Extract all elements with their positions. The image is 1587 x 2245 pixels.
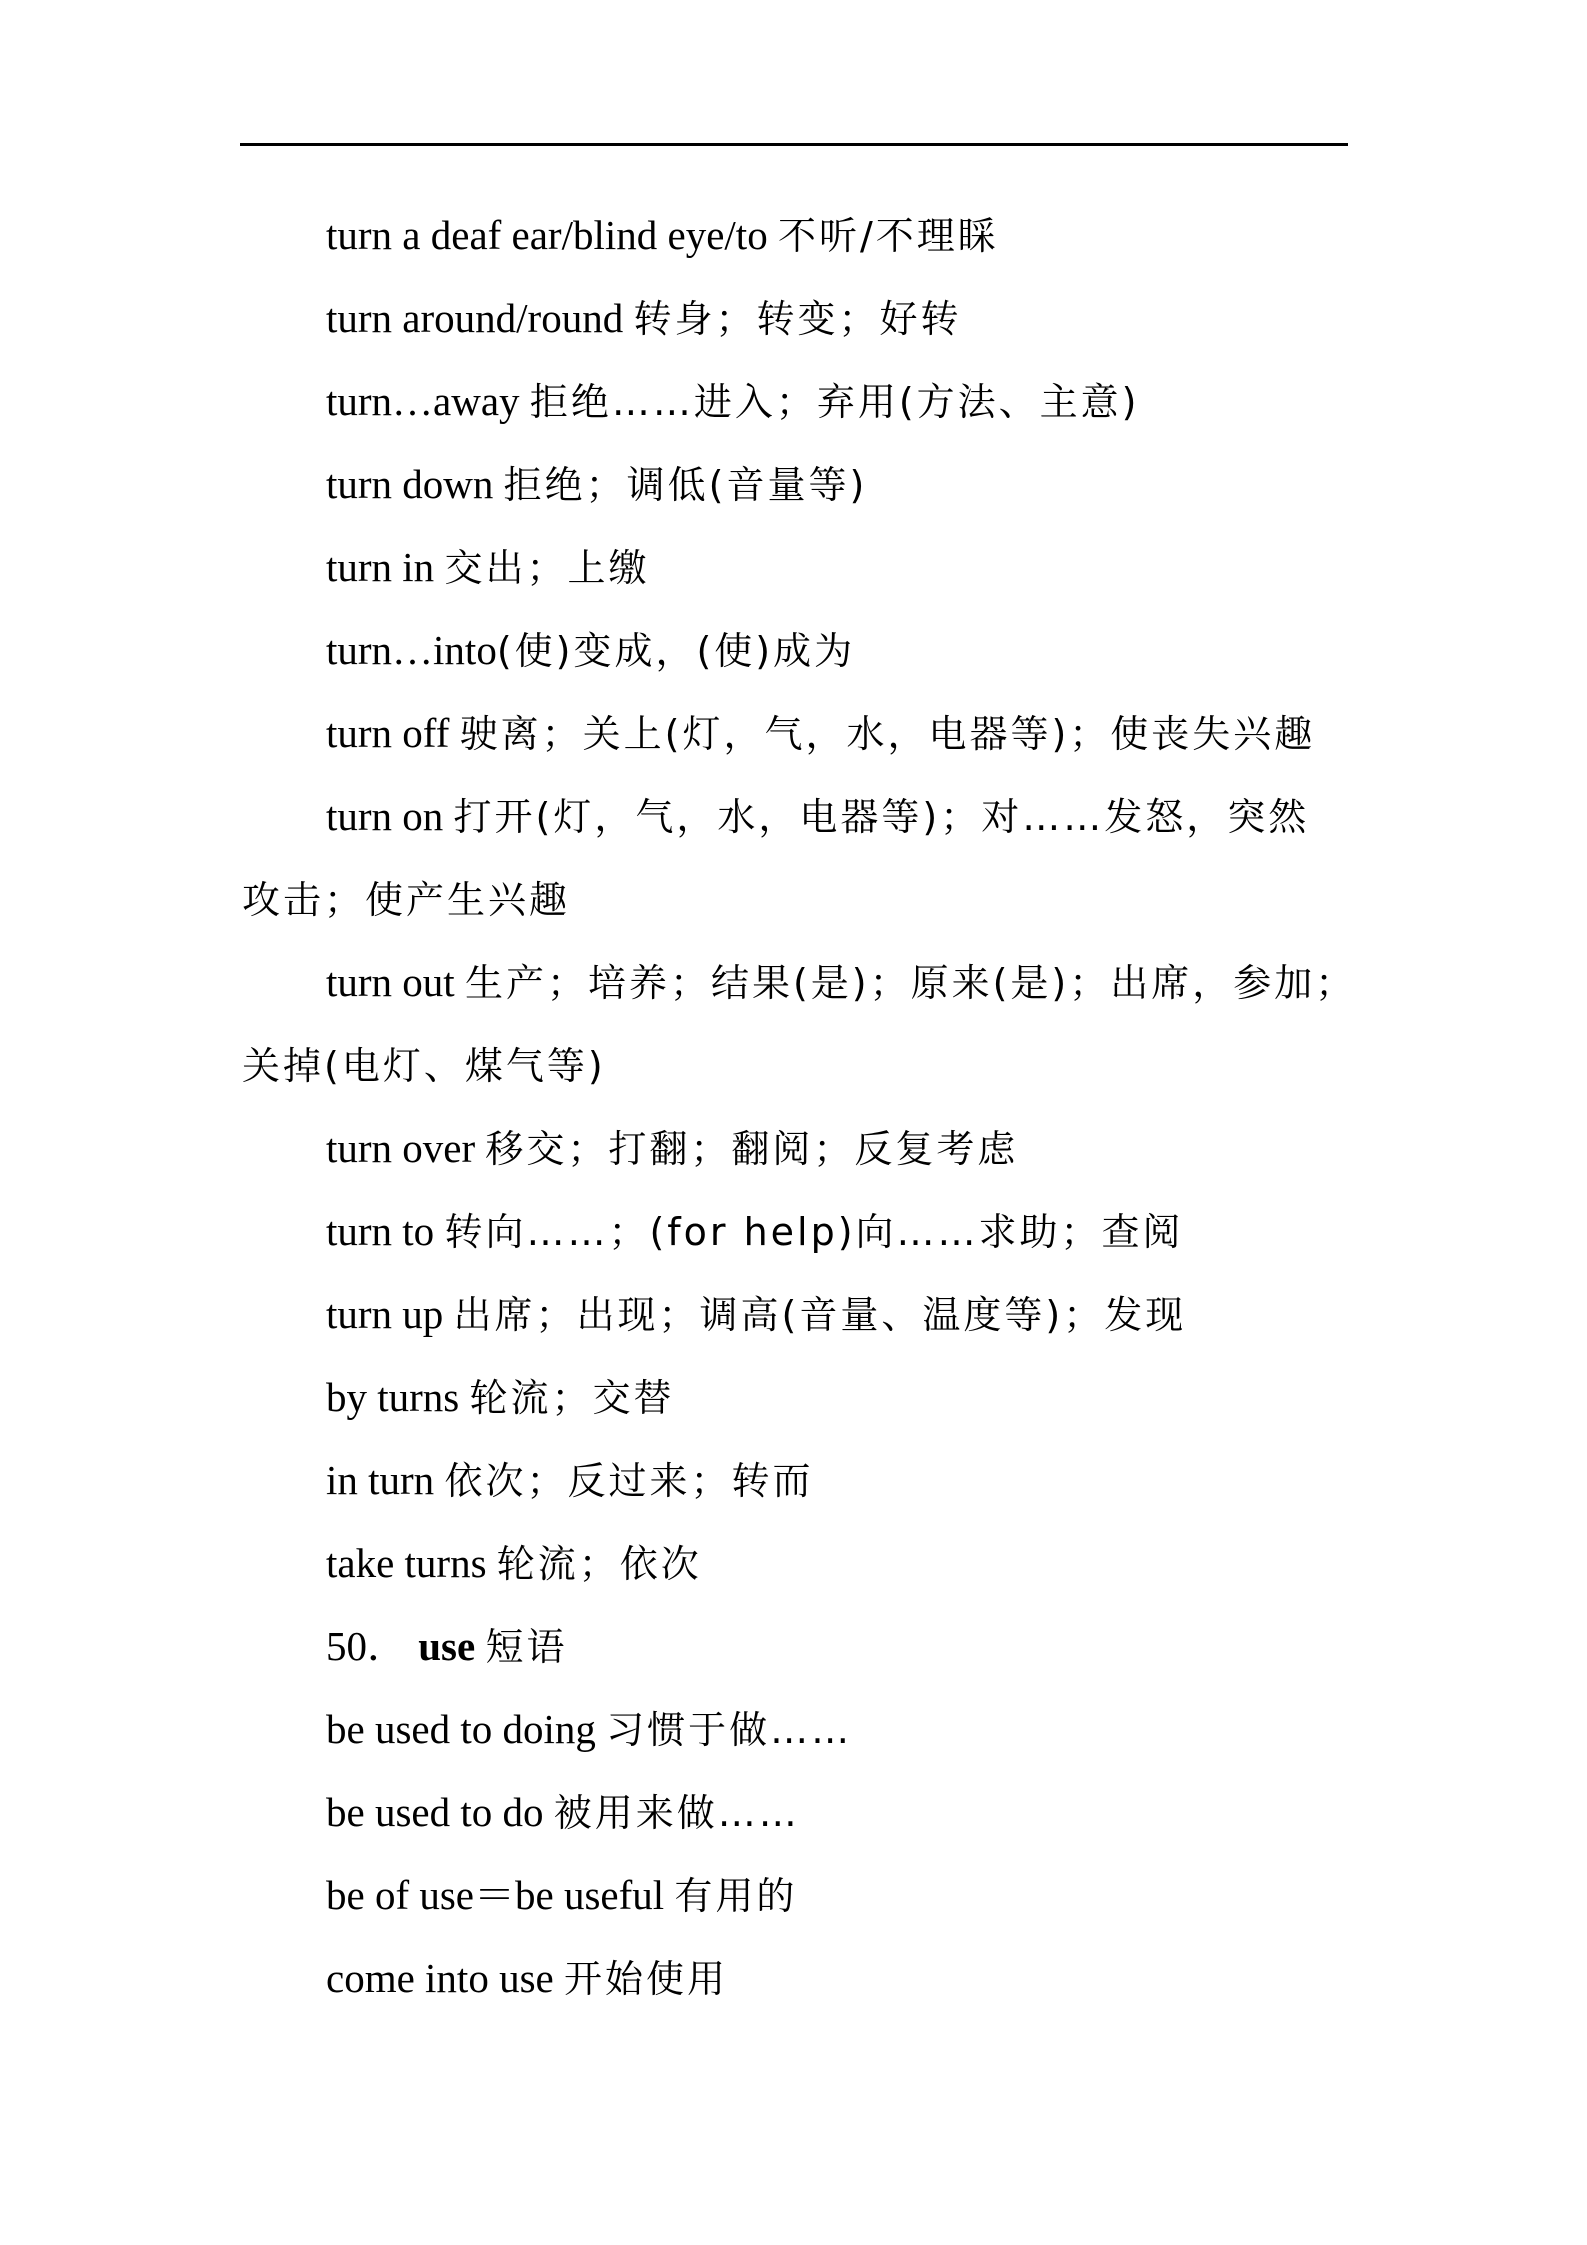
entry-turn-on-continuation: 攻击；使产生兴趣	[242, 858, 1348, 941]
entry-turn-out-continuation: 关掉(电灯、煤气等)	[242, 1024, 1348, 1107]
entry-term: turn out	[326, 959, 455, 1005]
entry-take-turns: take turns 轮流；依次	[242, 1522, 1348, 1605]
entry-term: turn up	[326, 1291, 443, 1337]
entry-come-into-use: come into use 开始使用	[242, 1937, 1348, 2020]
entry-in-turn: in turn 依次；反过来；转而	[242, 1439, 1348, 1522]
entry-definition: 驶离；关上(灯，气，水，电器等)；使丧失兴趣	[460, 712, 1316, 756]
entry-definition: 拒绝；调低(音量等)	[504, 463, 868, 507]
entry-definition: 依次；反过来；转而	[444, 1459, 813, 1503]
entry-definition: 拒绝……进入；弃用(方法、主意)	[530, 380, 1140, 424]
entry-definition: 不听/不理睬	[778, 214, 999, 258]
entry-definition: 轮流；交替	[470, 1376, 675, 1420]
entry-be-of-use: be of use＝be useful 有用的	[242, 1854, 1348, 1937]
header-rule	[240, 143, 1348, 146]
entry-term: by turns	[326, 1374, 459, 1420]
entry-term: turn around/round	[326, 295, 623, 341]
entry-term: turn off	[326, 710, 449, 756]
entry-turn-out: turn out 生产；培养；结果(是)；原来(是)；出席，参加；	[242, 941, 1348, 1024]
entry-turn-around: turn around/round 转身；转变；好转	[242, 277, 1348, 360]
entry-definition: 轮流；依次	[497, 1542, 702, 1586]
entry-definition: 开始使用	[564, 1957, 728, 2001]
entry-term: turn…into	[326, 627, 497, 673]
entry-definition-continuation: 关掉(电灯、煤气等)	[242, 1044, 606, 1088]
entry-definition: 生产；培养；结果(是)；原来(是)；出席，参加；	[465, 961, 1356, 1005]
entry-be-used-to-doing: be used to doing 习惯于做……	[242, 1688, 1348, 1771]
entry-turn-up: turn up 出席；出现；调高(音量、温度等)；发现	[242, 1273, 1348, 1356]
section-keyword: use	[418, 1623, 475, 1669]
entry-term: turn on	[326, 793, 443, 839]
entry-turn-down: turn down 拒绝；调低(音量等)	[242, 443, 1348, 526]
entry-turn-over: turn over 移交；打翻；翻阅；反复考虑	[242, 1107, 1348, 1190]
entry-definition: 转向……；(for help)向……求助；查阅	[444, 1210, 1183, 1254]
entry-term: turn over	[326, 1125, 475, 1171]
entry-definition: (使)变成，(使)成为	[497, 629, 855, 673]
entry-term: be used to doing	[326, 1706, 596, 1752]
section-title-suffix: 短语	[485, 1625, 567, 1669]
entry-term: turn to	[326, 1208, 434, 1254]
entry-turn-away: turn…away 拒绝……进入；弃用(方法、主意)	[242, 360, 1348, 443]
entry-definition: 出席；出现；调高(音量、温度等)；发现	[454, 1293, 1187, 1337]
document-body: turn a deaf ear/blind eye/to 不听/不理睬 turn…	[242, 194, 1348, 2020]
entry-term: turn down	[326, 461, 493, 507]
entry-term: be used to do	[326, 1789, 544, 1835]
entry-term: turn…away	[326, 378, 520, 424]
entry-definition: 交出；上缴	[444, 546, 649, 590]
entry-definition: 转身；转变；好转	[633, 297, 961, 341]
entry-definition: 习惯于做……	[606, 1708, 852, 1752]
entry-turn-a-deaf-ear: turn a deaf ear/blind eye/to 不听/不理睬	[242, 194, 1348, 277]
entry-term: be of use＝be useful	[326, 1872, 664, 1918]
entry-definition-continuation: 攻击；使产生兴趣	[242, 878, 570, 922]
entry-definition: 打开(灯，气，水，电器等)；对……发怒，突然	[454, 795, 1310, 839]
entry-turn-on: turn on 打开(灯，气，水，电器等)；对……发怒，突然	[242, 775, 1348, 858]
entry-definition: 有用的	[674, 1874, 797, 1918]
entry-definition: 被用来做……	[554, 1791, 800, 1835]
entry-turn-to: turn to 转向……；(for help)向……求助；查阅	[242, 1190, 1348, 1273]
entry-turn-in: turn in 交出；上缴	[242, 526, 1348, 609]
entry-term: come into use	[326, 1955, 554, 2001]
entry-by-turns: by turns 轮流；交替	[242, 1356, 1348, 1439]
entry-be-used-to-do: be used to do 被用来做……	[242, 1771, 1348, 1854]
entry-definition: 移交；打翻；翻阅；反复考虑	[485, 1127, 1018, 1171]
entry-term: turn a deaf ear/blind eye/to	[326, 212, 768, 258]
entry-term: in turn	[326, 1457, 434, 1503]
entry-turn-into: turn…into(使)变成，(使)成为	[242, 609, 1348, 692]
entry-term: take turns	[326, 1540, 487, 1586]
entry-term: turn in	[326, 544, 434, 590]
entry-turn-off: turn off 驶离；关上(灯，气，水，电器等)；使丧失兴趣	[242, 692, 1348, 775]
section-heading: 50． use 短语	[242, 1605, 1348, 1688]
section-number: 50．	[326, 1623, 408, 1669]
